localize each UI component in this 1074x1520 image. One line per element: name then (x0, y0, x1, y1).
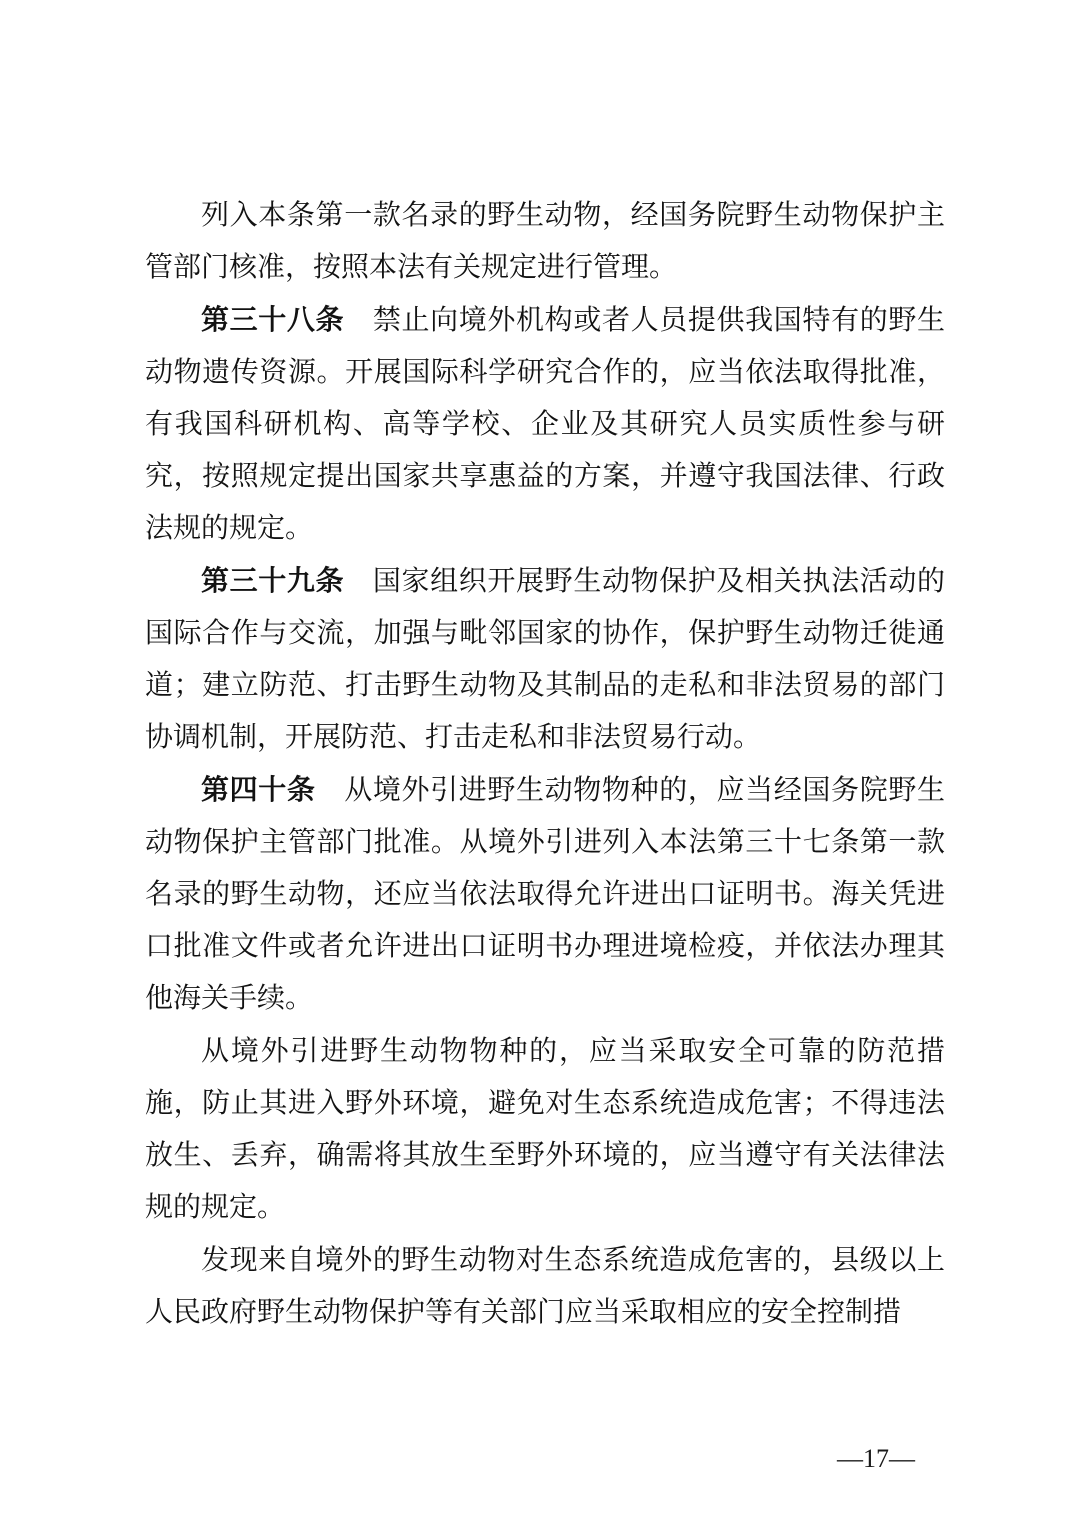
article-lead-article-40: 第四十条 (201, 774, 316, 805)
page-number: —17— (837, 1444, 915, 1474)
document-body: 列入本条第一款名录的野生动物，经国务院野生动物保护主管部门核准，按照本法有关规定… (145, 189, 945, 1339)
paragraph: 第三十八条 禁止向境外机构或者人员提供我国特有的野生动物遗传资源。开展国际科学研… (145, 294, 945, 555)
paragraph-text: 发现来自境外的野生动物对生态系统造成危害的，县级以上人民政府野生动物保护等有关部… (145, 1245, 945, 1328)
paragraph: 发现来自境外的野生动物对生态系统造成危害的，县级以上人民政府野生动物保护等有关部… (145, 1234, 945, 1339)
article-lead-article-38: 第三十八条 (201, 304, 344, 335)
article-lead-article-39: 第三十九条 (201, 565, 344, 596)
paragraph-text: 列入本条第一款名录的野生动物，经国务院野生动物保护主管部门核准，按照本法有关规定… (145, 200, 945, 283)
paragraph: 列入本条第一款名录的野生动物，经国务院野生动物保护主管部门核准，按照本法有关规定… (145, 189, 945, 294)
paragraph: 第四十条 从境外引进野生动物物种的，应当经国务院野生动物保护主管部门批准。从境外… (145, 764, 945, 1025)
paragraph: 从境外引进野生动物物种的，应当采取安全可靠的防范措施，防止其进入野外环境，避免对… (145, 1025, 945, 1234)
document-page: 列入本条第一款名录的野生动物，经国务院野生动物保护主管部门核准，按照本法有关规定… (0, 0, 1074, 1520)
paragraph-text: 从境外引进野生动物物种的，应当经国务院野生动物保护主管部门批准。从境外引进列入本… (145, 775, 945, 1014)
paragraph-text: 从境外引进野生动物物种的，应当采取安全可靠的防范措施，防止其进入野外环境，避免对… (145, 1036, 945, 1223)
paragraph-text: 禁止向境外机构或者人员提供我国特有的野生动物遗传资源。开展国际科学研究合作的，应… (145, 305, 945, 544)
paragraph: 第三十九条 国家组织开展野生动物保护及相关执法活动的国际合作与交流，加强与毗邻国… (145, 555, 945, 764)
